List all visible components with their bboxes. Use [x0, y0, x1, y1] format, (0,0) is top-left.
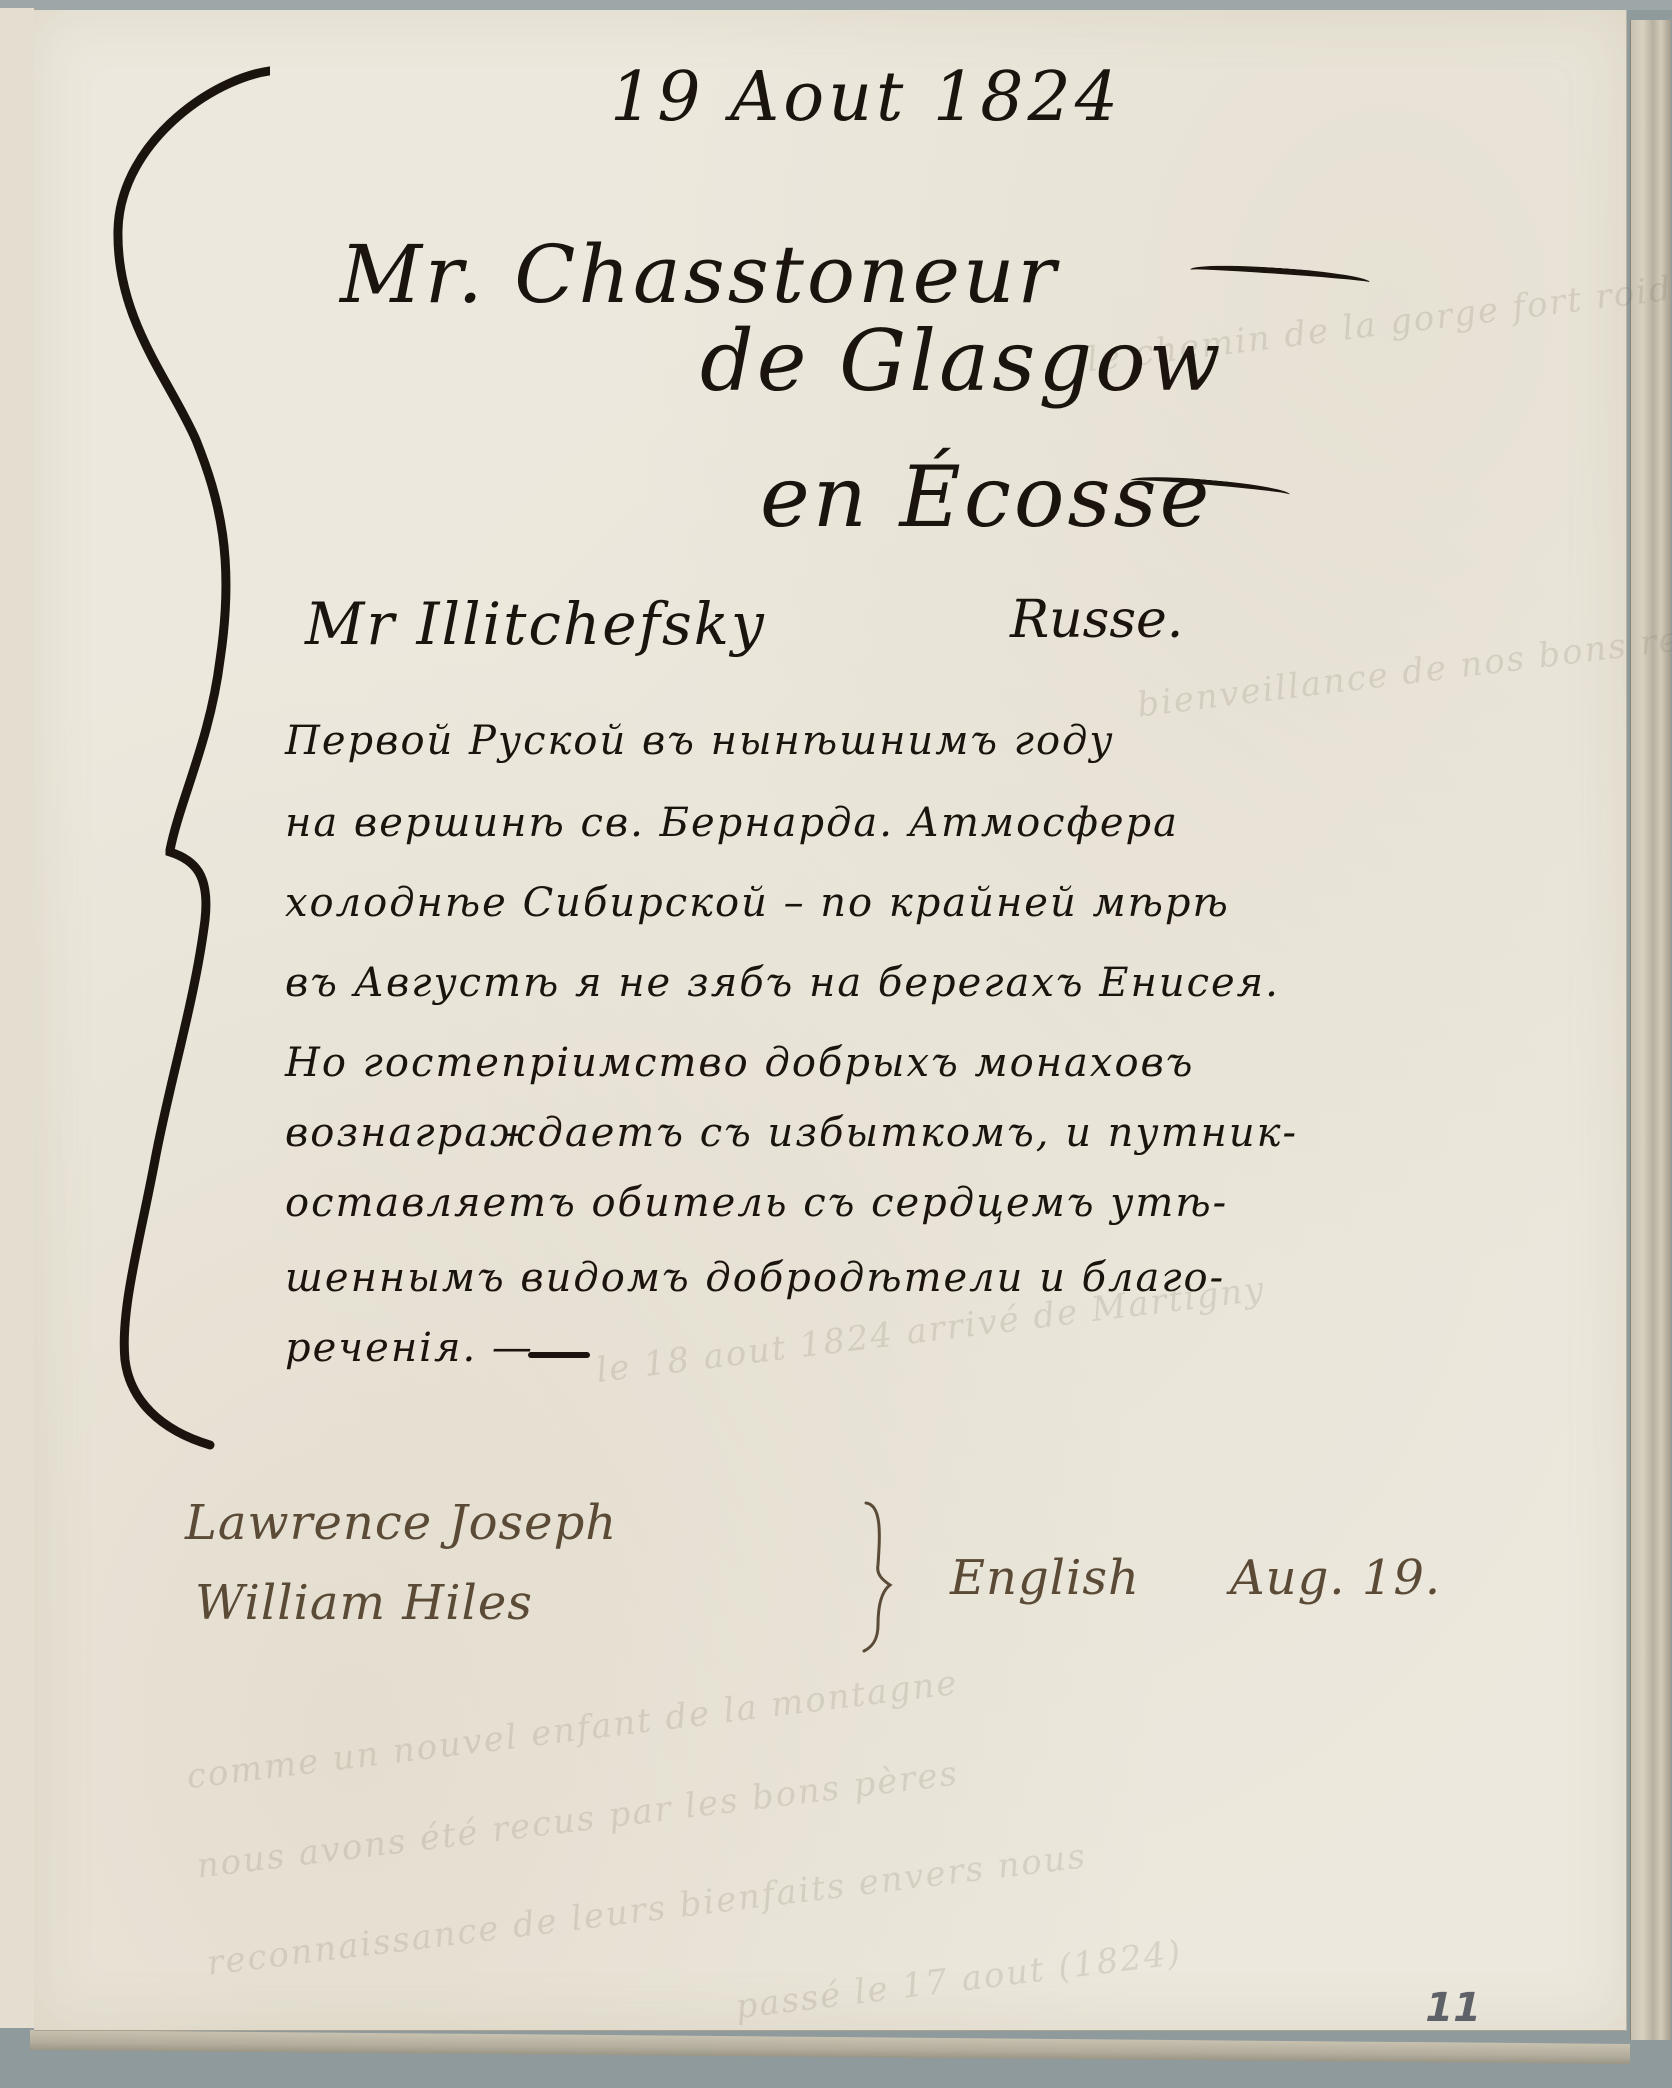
- visitor-nationality: Russe.: [1010, 590, 1183, 650]
- visitor-origin-line: de Glasgow: [700, 312, 1224, 410]
- entry-text-line: вознаграждаетъ съ избыткомъ, и путник-: [285, 1110, 1298, 1156]
- large-brace-flourish: [100, 60, 270, 1460]
- scan-top-edge: [0, 0, 1672, 10]
- entry-text-line: въ Августѣ я не зябъ на берегахъ Енисея.: [285, 960, 1280, 1006]
- page-number: 11: [1420, 1985, 1485, 2031]
- visitor-country-line: en Écosse: [760, 448, 1212, 546]
- entry-text-line: Но гостепріимство добрыхъ монаховъ: [285, 1040, 1194, 1086]
- entry-text-line: холоднѣе Сибирской – по крайней мѣрѣ: [285, 880, 1230, 926]
- visitor-name-line: Mr. Chasstoneur: [340, 228, 1059, 321]
- visitor-nationality: English: [950, 1550, 1140, 1606]
- binding-gutter: [0, 8, 36, 2028]
- entry-text-line: на вершинѣ св. Бернарда. Атмосфера: [285, 800, 1179, 846]
- manuscript-scan: le chemin de la gorge fort roide et glis…: [0, 0, 1672, 2088]
- page-stack-edge-right: [1630, 20, 1671, 2040]
- visitor-signature: Lawrence Joseph: [185, 1495, 617, 1551]
- entry-text-line: реченія. —: [285, 1325, 534, 1371]
- page-stack-edge-bottom: [30, 2030, 1630, 2064]
- small-brace: [860, 1495, 900, 1655]
- visitor-signature: Mr Illitchefsky: [305, 590, 766, 658]
- visitor-signature: William Hiles: [195, 1575, 533, 1631]
- bleed-through-text: passé le 17 aout (1824): [733, 1933, 1184, 2028]
- entry-text-line: шеннымъ видомъ добродѣтели и благо-: [285, 1255, 1225, 1301]
- entry-text-line: оставляетъ обитель съ сердцемъ утѣ-: [285, 1180, 1228, 1226]
- entry-text-line: Первой Руской въ нынѣшнимъ году: [285, 718, 1115, 764]
- entry-date-header: 19 Aout 1824: [610, 58, 1122, 137]
- entry-date: Aug. 19.: [1230, 1550, 1441, 1606]
- closing-dash: [528, 1352, 590, 1358]
- bleed-through-text: bienveillance de nos bons religieux hosp…: [1135, 574, 1672, 725]
